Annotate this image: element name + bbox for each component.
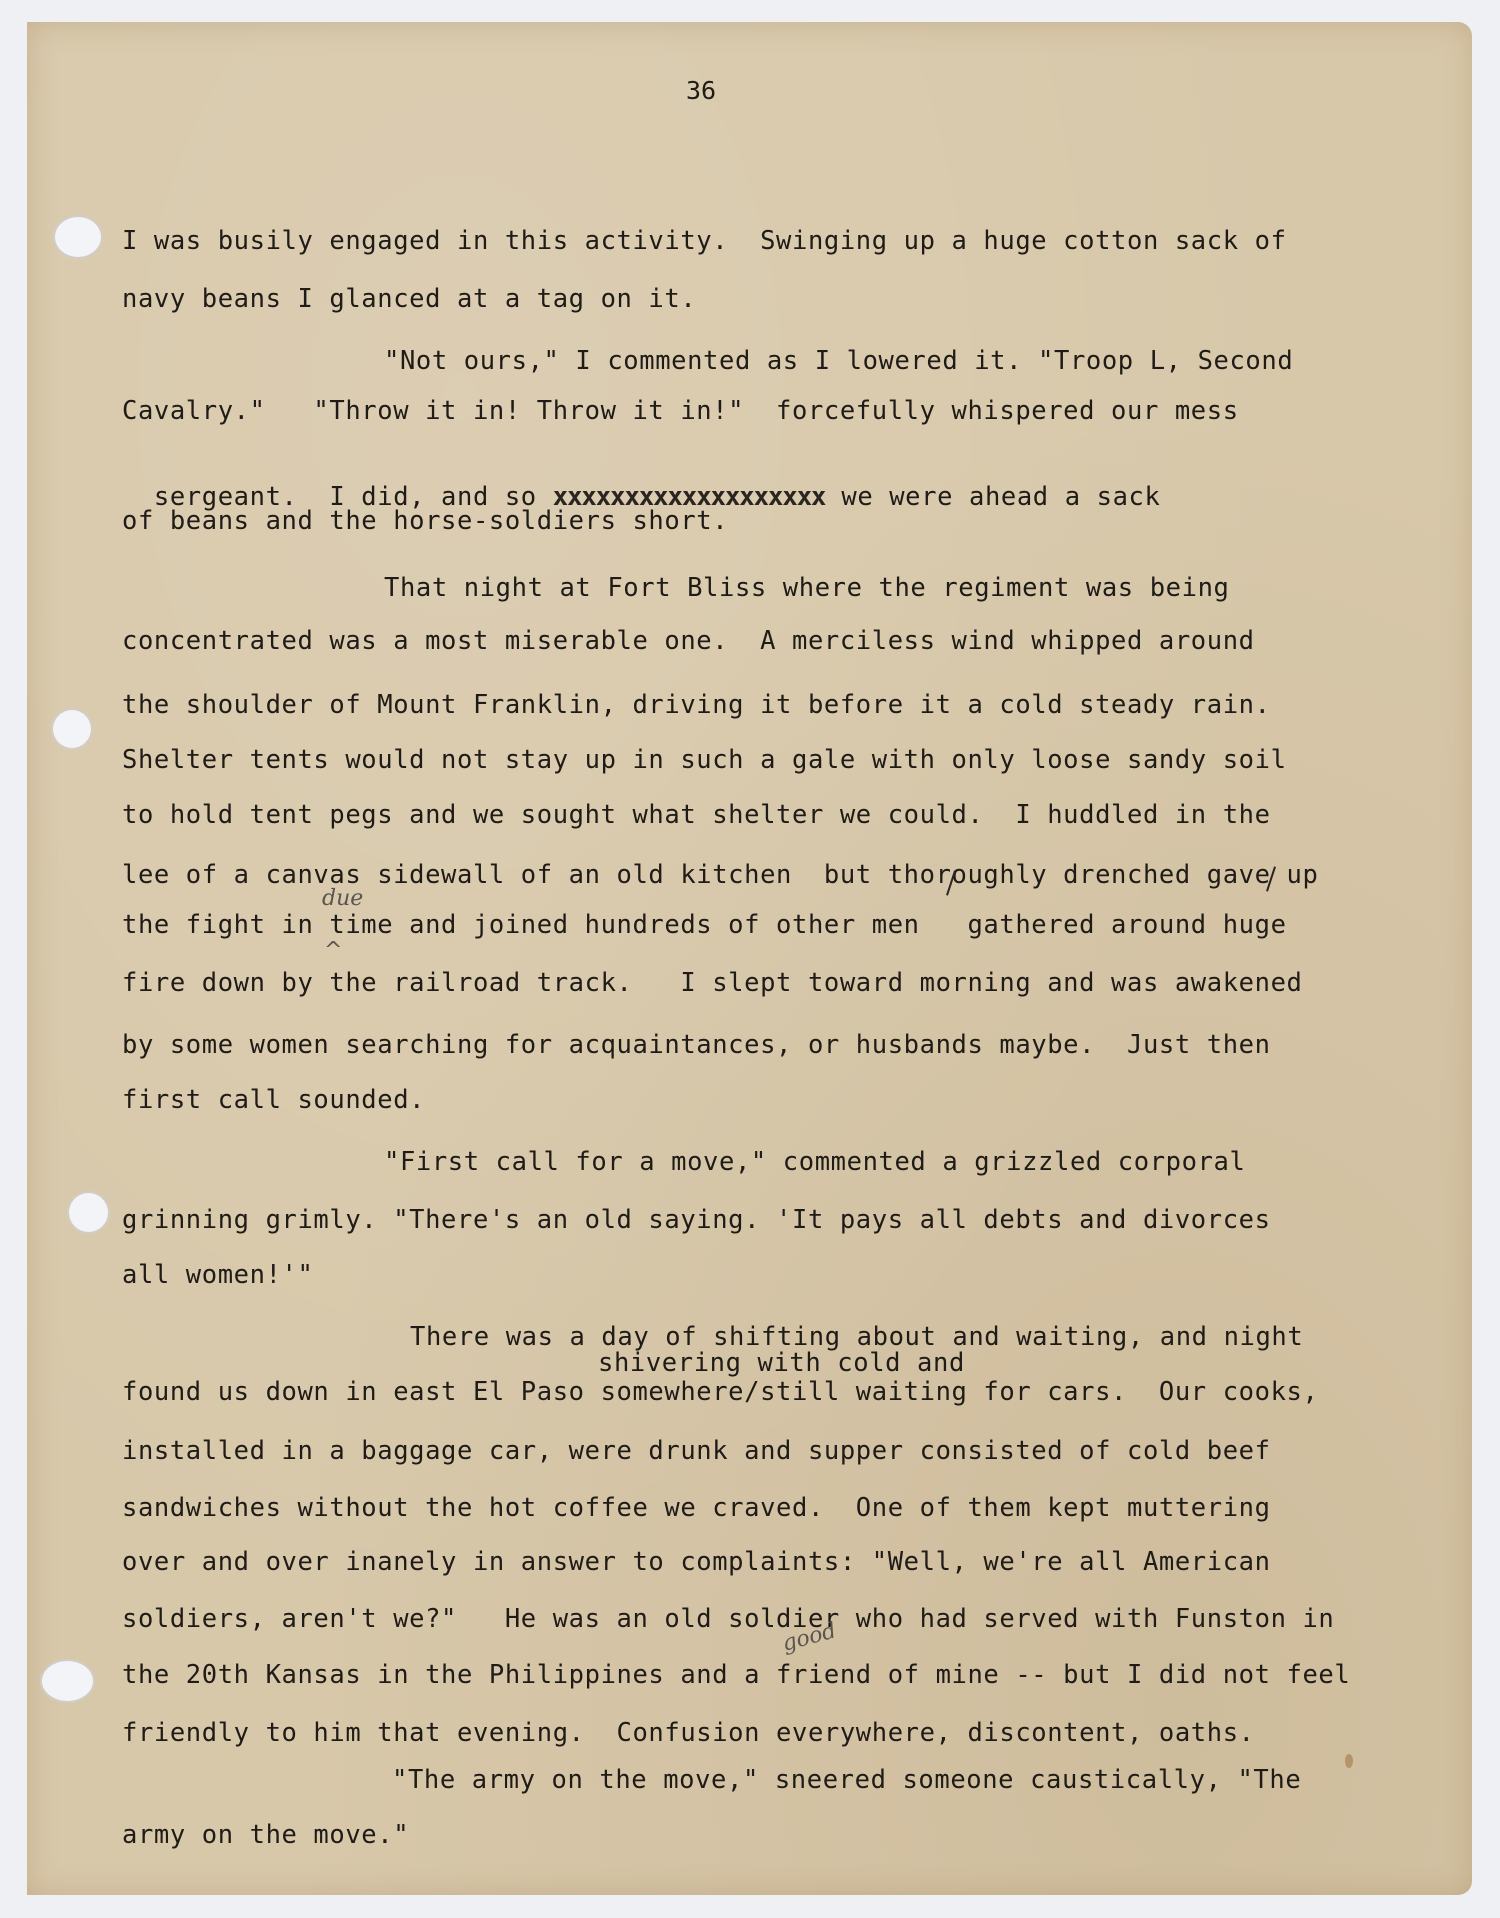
text-line: found us down in east El Paso somewhere/… <box>122 1377 1318 1407</box>
text-line: concentrated was a most miserable one. A… <box>122 626 1255 656</box>
text-line: the 20th Kansas in the Philippines and a… <box>122 1660 1350 1690</box>
text-line: I was busily engaged in this activity. S… <box>122 226 1287 256</box>
text-line: sandwiches without the hot coffee we cra… <box>122 1493 1271 1523</box>
text-line: of beans and the horse-soldiers short. <box>122 506 728 536</box>
text-line: friendly to him that evening. Confusion … <box>122 1718 1255 1748</box>
binder-hole-2 <box>51 708 93 750</box>
text-line: Cavalry." "Throw it in! Throw it in!" fo… <box>122 396 1239 426</box>
text-line: soldiers, aren't we?" He was an old sold… <box>122 1604 1334 1634</box>
text-line: sergeant. I did, and so xxxxxxxxxxxxxxxx… <box>122 452 1160 512</box>
page-number: 36 <box>686 76 716 105</box>
text-fragment: we were ahead a sack <box>825 482 1160 512</box>
handwritten-insert-due: due <box>322 886 363 911</box>
text-line: all women!'" <box>122 1260 313 1290</box>
text-line: over and over inanely in answer to compl… <box>122 1547 1271 1577</box>
text-line: That night at Fort Bliss where the regim… <box>384 573 1229 603</box>
text-line: by some women searching for acquaintance… <box>122 1030 1271 1060</box>
text-line: grinning grimly. "There's an old saying.… <box>122 1205 1271 1235</box>
binder-hole-3 <box>67 1191 110 1234</box>
text-line: navy beans I glanced at a tag on it. <box>122 284 696 314</box>
text-line: fire down by the railroad track. I slept… <box>122 968 1302 998</box>
text-line: lee of a canvas sidewall of an old kitch… <box>122 860 1318 890</box>
binder-hole-4 <box>40 1659 95 1703</box>
binder-hole-1 <box>53 215 103 259</box>
text-line: army on the move." <box>122 1820 409 1850</box>
insertion-caret: ^ <box>324 938 342 963</box>
text-line: the shoulder of Mount Franklin, driving … <box>122 690 1271 720</box>
typed-insertion: shivering with cold and <box>598 1348 965 1378</box>
text-line: Shelter tents would not stay up in such … <box>122 745 1287 775</box>
text-line: first call sounded. <box>122 1085 425 1115</box>
text-line: installed in a baggage car, were drunk a… <box>122 1436 1271 1466</box>
ink-stain <box>1345 1754 1353 1768</box>
text-line: "The army on the move," sneered someone … <box>392 1765 1301 1795</box>
text-line: the fight in time and joined hundreds of… <box>122 910 1287 940</box>
text-line: "First call for a move," commented a gri… <box>384 1147 1245 1177</box>
text-line: to hold tent pegs and we sought what she… <box>122 800 1271 830</box>
text-line: "Not ours," I commented as I lowered it.… <box>384 346 1293 376</box>
